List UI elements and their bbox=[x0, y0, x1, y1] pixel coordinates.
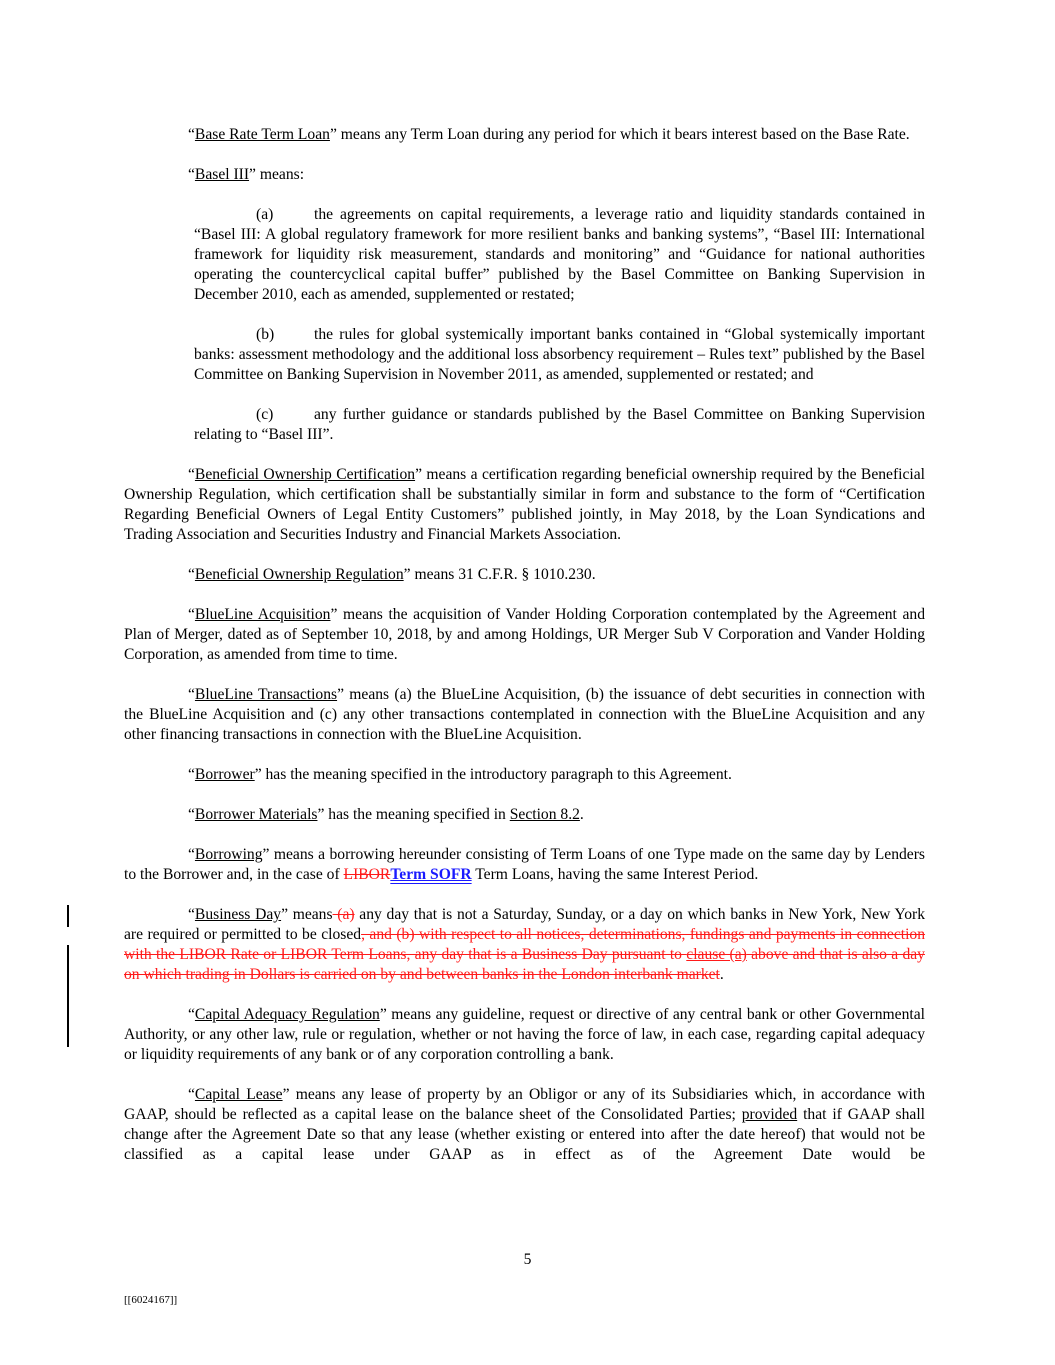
definition-capital-adequacy-regulation: “Capital Adequacy Regulation” means any … bbox=[124, 1005, 925, 1065]
definition-beneficial-ownership-regulation: “Beneficial Ownership Regulation” means … bbox=[124, 565, 925, 585]
inserted-text: Term SOFR bbox=[390, 866, 471, 883]
defined-term: Capital Adequacy Regulation bbox=[195, 1006, 380, 1023]
defined-term: BlueLine Acquisition bbox=[195, 606, 331, 623]
section-reference: Section 8.2 bbox=[510, 806, 580, 823]
basel-iii-item-b: (b)the rules for global systemically imp… bbox=[194, 325, 925, 385]
definition-blueline-transactions: “BlueLine Transactions” means (a) the Bl… bbox=[124, 685, 925, 745]
definition-borrower-materials: “Borrower Materials” has the meaning spe… bbox=[124, 805, 925, 825]
page-number: 5 bbox=[0, 1250, 1055, 1270]
item-label: (b) bbox=[256, 325, 314, 345]
definition-borrower: “Borrower” has the meaning specified in … bbox=[124, 765, 925, 785]
defined-term: Beneficial Ownership Regulation bbox=[195, 566, 404, 583]
item-label: (c) bbox=[256, 405, 314, 425]
document-id: [[6024167]] bbox=[124, 1290, 177, 1310]
definition-capital-lease: “Capital Lease” means any lease of prope… bbox=[124, 1085, 925, 1165]
definition-borrowing: “Borrowing” means a borrowing hereunder … bbox=[124, 845, 925, 885]
basel-iii-item-c: (c)any further guidance or standards pub… bbox=[194, 405, 925, 445]
definition-basel-iii: “Basel III” means: bbox=[124, 165, 925, 185]
defined-term: Base Rate Term Loan bbox=[195, 126, 330, 143]
item-label: (a) bbox=[256, 205, 314, 225]
defined-term: Beneficial Ownership Certification bbox=[195, 466, 415, 483]
defined-term: Borrower bbox=[195, 766, 255, 783]
defined-term: Borrower Materials bbox=[195, 806, 318, 823]
deleted-text: (a) bbox=[333, 906, 355, 923]
change-bar bbox=[67, 905, 69, 927]
deleted-text: LIBOR bbox=[344, 866, 391, 883]
defined-term: Business Day bbox=[195, 906, 281, 923]
definition-base-rate-term-loan: “Base Rate Term Loan” means any Term Loa… bbox=[124, 125, 925, 145]
change-bar bbox=[67, 945, 69, 1047]
defined-term: BlueLine Transactions bbox=[195, 686, 337, 703]
defined-term: Capital Lease bbox=[195, 1086, 283, 1103]
deleted-clause-reference: clause (a) bbox=[686, 946, 747, 963]
provided-term: provided bbox=[742, 1106, 797, 1123]
defined-term: Basel III bbox=[195, 166, 249, 183]
definition-blueline-acquisition: “BlueLine Acquisition” means the acquisi… bbox=[124, 605, 925, 665]
definition-business-day: “Business Day” means (a) any day that is… bbox=[124, 905, 925, 985]
document-page: “Base Rate Term Loan” means any Term Loa… bbox=[124, 125, 925, 1185]
basel-iii-item-a: (a)the agreements on capital requirement… bbox=[194, 205, 925, 305]
definition-beneficial-ownership-certification: “Beneficial Ownership Certification” mea… bbox=[124, 465, 925, 545]
defined-term: Borrowing bbox=[195, 846, 263, 863]
